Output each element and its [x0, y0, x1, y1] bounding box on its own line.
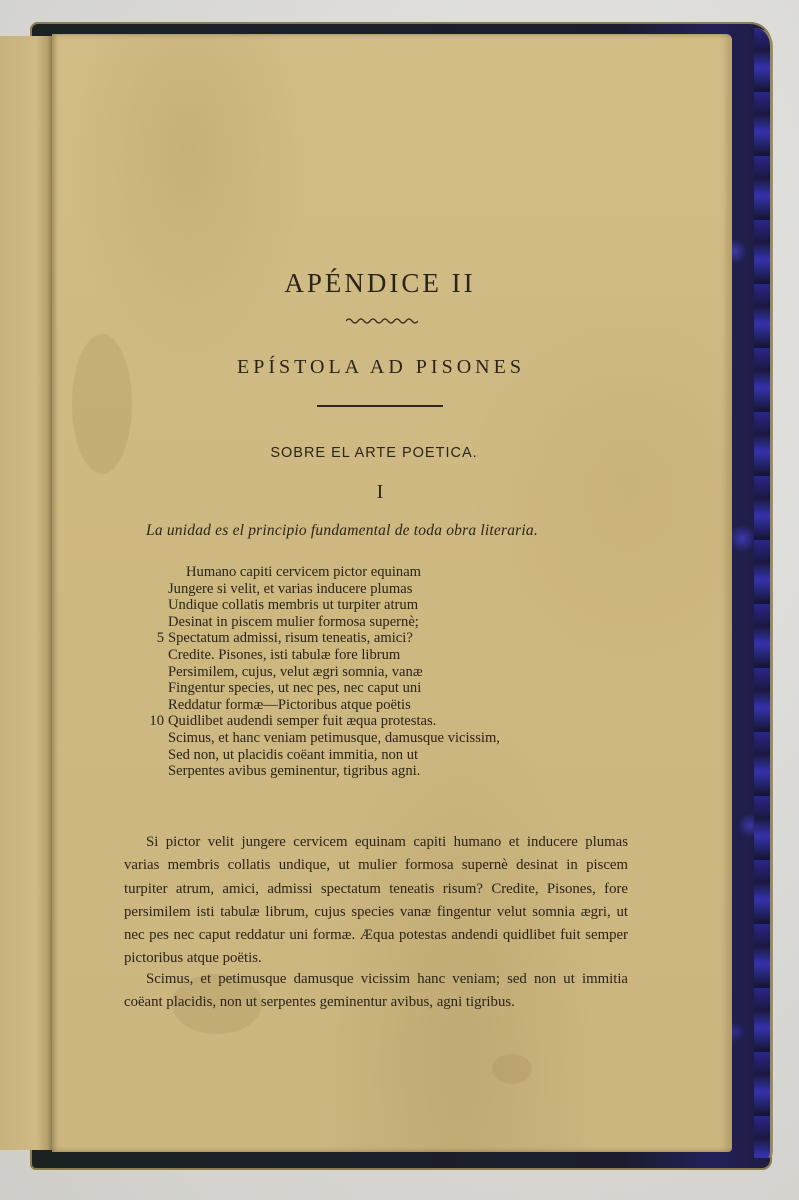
section-title: SOBRE EL ARTE POETICA.: [0, 445, 748, 461]
verse-line: Jungere si velit, et varias inducere plu…: [148, 581, 500, 598]
paper-stain: [492, 1054, 532, 1084]
prose-text: Scimus, et petimusque damusque vicissim …: [124, 968, 628, 1015]
prose-paragraph-1: Si pictor velit jungere cervicem equinam…: [124, 831, 628, 971]
appendix-heading: APÉNDICE II: [0, 268, 760, 299]
verse-line: Fingentur species, ut nec pes, nec caput…: [148, 680, 500, 697]
prose-paragraph-2: Scimus, et petimusque damusque vicissim …: [124, 968, 628, 1015]
latin-verse-block: Humano capiti cervicem pictor equinam Ju…: [148, 564, 500, 780]
verse-text: Jungere si velit, et varias inducere plu…: [168, 581, 412, 597]
wavy-ornament-icon: [346, 316, 418, 326]
line-number: 10: [140, 713, 164, 730]
verse-line: Undique collatis membris ut turpiter atr…: [148, 597, 500, 614]
verse-text: Spectatum admissi, risum teneatis, amici…: [168, 630, 413, 646]
verse-text: Sed non, ut placidis coëant immitia, non…: [168, 747, 418, 763]
verse-text: Desinat in piscem mulier formosa supernè…: [168, 614, 419, 630]
prose-text: Si pictor velit jungere cervicem equinam…: [124, 831, 628, 971]
verse-line: Desinat in piscem mulier formosa supernè…: [148, 614, 500, 631]
verse-text: Undique collatis membris ut turpiter atr…: [168, 597, 418, 613]
verse-line: Sed non, ut placidis coëant immitia, non…: [148, 747, 500, 764]
verse-line: 5Spectatum admissi, risum teneatis, amic…: [148, 630, 500, 647]
verse-line: Serpentes avibus geminentur, tigribus ag…: [148, 763, 500, 780]
title-divider: [317, 405, 443, 407]
verse-line: Credite. Pisones, isti tabulæ fore libru…: [148, 647, 500, 664]
verse-text: Quidlibet audendi semper fuit æqua prote…: [168, 713, 436, 729]
verse-text: Humano capiti cervicem pictor equinam: [186, 564, 421, 580]
verse-line: 10Quidlibet audendi semper fuit æqua pro…: [148, 713, 500, 730]
line-number: 5: [148, 630, 164, 647]
section-number: I: [0, 481, 760, 504]
verse-text: Credite. Pisones, isti tabulæ fore libru…: [168, 647, 400, 663]
verse-line: Persimilem, cujus, velut ægri somnia, va…: [148, 664, 500, 681]
epistle-title: EPÍSTOLA AD PISONES: [0, 356, 762, 379]
verse-text: Fingentur species, ut nec pes, nec caput…: [168, 680, 421, 696]
verse-line: Reddatur formæ—Pictoribus atque poëtis: [148, 697, 500, 714]
marbled-cover-edge: [754, 28, 773, 1158]
verse-text: Persimilem, cujus, velut ægri somnia, va…: [168, 664, 423, 680]
verse-line: Scimus, et hanc veniam petimusque, damus…: [148, 730, 500, 747]
section-summary: La unidad es el principio fundamental de…: [146, 522, 538, 540]
left-page-edge: [0, 36, 52, 1150]
verse-line: Humano capiti cervicem pictor equinam: [148, 564, 500, 581]
verse-text: Scimus, et hanc veniam petimusque, damus…: [168, 730, 500, 746]
verse-text: Serpentes avibus geminentur, tigribus ag…: [168, 763, 420, 779]
verse-text: Reddatur formæ—Pictoribus atque poëtis: [168, 697, 411, 713]
